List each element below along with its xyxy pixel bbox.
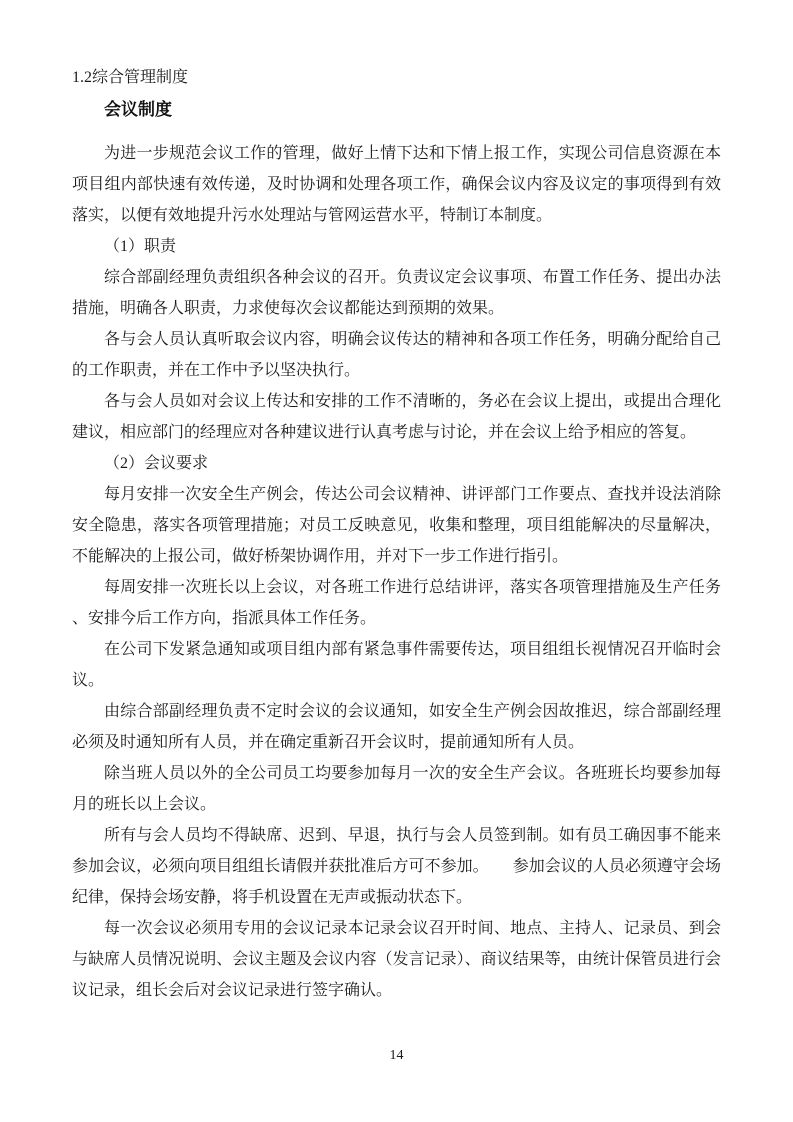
- paragraph-duties-organizer: 综合部副经理负责组织各种会议的召开。负责议定会议事项、布置工作任务、提出办法措施…: [72, 262, 721, 324]
- document-page: 1.2综合管理制度 会议制度 为进一步规范会议工作的管理，做好上情下达和下情上报…: [0, 0, 793, 1122]
- paragraph-weekly-meeting: 每周安排一次班长以上会议，对各班工作进行总结讲评，落实各项管理措施及生产任务、安…: [72, 572, 721, 634]
- paragraph-attendance-scope: 除当班人员以外的全公司员工均要参加每月一次的安全生产会议。各班班长均要参加每月的…: [72, 758, 721, 820]
- section-heading: 1.2综合管理制度: [72, 66, 721, 90]
- paragraph-urgent-meeting: 在公司下发紧急通知或项目组内部有紧急事件需要传达，项目组组长视情况召开临时会议。: [72, 634, 721, 696]
- chapter-heading: 会议制度: [104, 98, 721, 122]
- paragraph-attendance-rules: 所有与会人员均不得缺席、迟到、早退，执行与会人员签到制。如有员工确因事不能来参加…: [72, 820, 721, 913]
- page-footer: 14: [0, 1046, 793, 1066]
- subheading-requirements: （2）会议要求: [72, 448, 721, 479]
- page-number: 14: [390, 1048, 404, 1063]
- paragraph-intro: 为进一步规范会议工作的管理，做好上情下达和下情上报工作，实现公司信息资源在本项目…: [72, 138, 721, 231]
- subheading-duties: （1）职责: [72, 231, 721, 262]
- paragraph-duties-attendees: 各与会人员认真听取会议内容，明确会议传达的精神和各项工作任务，明确分配给自己的工…: [72, 324, 721, 386]
- paragraph-meeting-minutes: 每一次会议必须用专用的会议记录本记录会议召开时间、地点、主持人、记录员、到会与缺…: [72, 913, 721, 1006]
- paragraph-meeting-notice: 由综合部副经理负责不定时会议的会议通知，如安全生产例会因故推迟，综合部副经理必须…: [72, 696, 721, 758]
- paragraph-monthly-meeting: 每月安排一次安全生产例会，传达公司会议精神、讲评部门工作要点、查找并设法消除安全…: [72, 479, 721, 572]
- paragraph-duties-questions: 各与会人员如对会议上传达和安排的工作不清晰的，务必在会议上提出，或提出合理化建议…: [72, 386, 721, 448]
